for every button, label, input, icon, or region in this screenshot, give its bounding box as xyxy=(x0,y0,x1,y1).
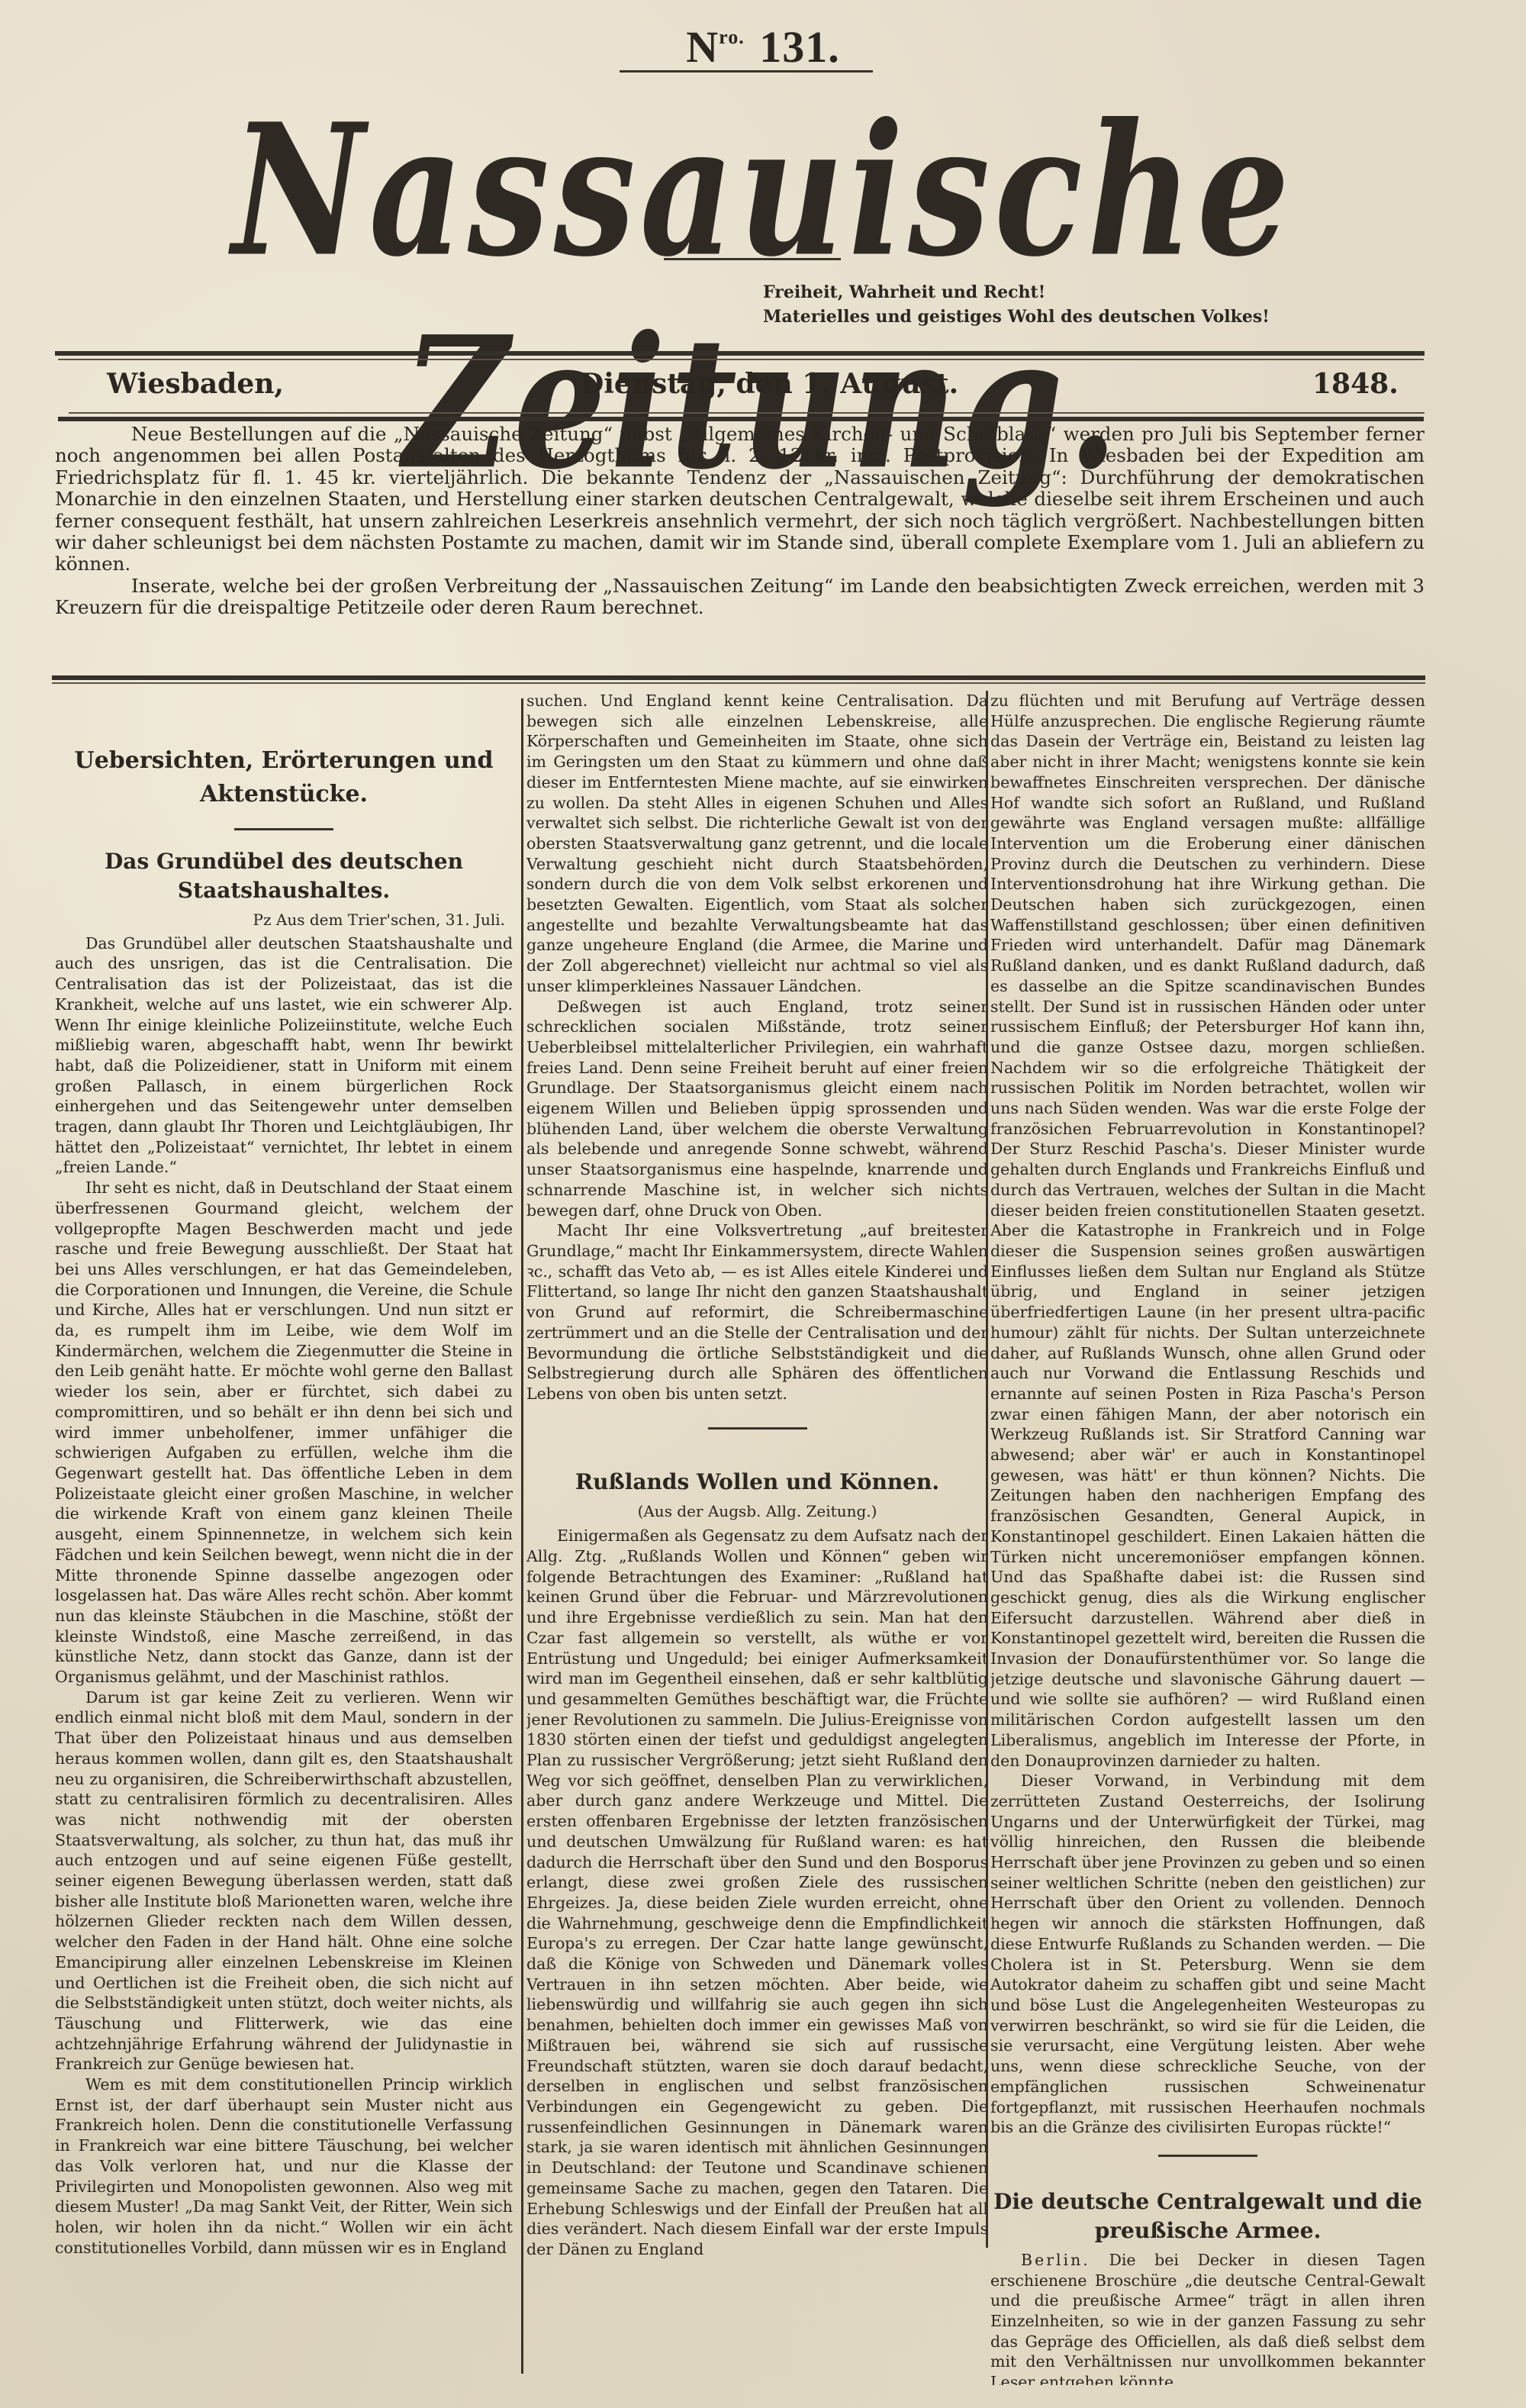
article-paragraph: Deßwegen ist auch England, trotz seiner … xyxy=(526,997,988,1221)
column-divider-1 xyxy=(521,698,523,2374)
issue-prefix: N xyxy=(686,22,719,72)
column-1: Uebersichten, Erörterungen und Aktenstüc… xyxy=(55,691,513,2385)
article-title: Die deutsche Centralgewalt und die preuß… xyxy=(990,2187,1425,2245)
subscription-notice: Neue Bestellungen auf die „Nassauische Z… xyxy=(55,424,1425,619)
masthead-rule-bottom xyxy=(664,258,841,260)
article-paragraph: Darum ist gar keine Zeit zu verlieren. W… xyxy=(55,1688,513,2074)
article-title: Rußlands Wollen und Können. xyxy=(526,1468,988,1497)
notice-paragraph: Neue Bestellungen auf die „Nassauische Z… xyxy=(55,424,1425,575)
masthead-rule-top xyxy=(620,70,873,73)
article-dateline: Berlin. xyxy=(1021,2251,1090,2269)
article-paragraph: Macht Ihr eine Volksvertretung „auf brei… xyxy=(526,1220,988,1404)
article-paragraph: zu flüchten und mit Berufung auf Verträg… xyxy=(990,691,1425,1771)
article-divider xyxy=(1158,2155,1257,2157)
dateline-date: Dienstag, den 1. August. xyxy=(580,368,958,400)
section-heading: Uebersichten, Erörterungen und Aktenstüc… xyxy=(55,744,513,811)
article-source: Pz Aus dem Trier'schen, 31. Juli. xyxy=(55,910,505,930)
article-source: (Aus der Augsb. Allg. Zeitung.) xyxy=(526,1501,988,1522)
article-divider xyxy=(708,1427,807,1430)
newspaper-page: Nro. 131. Nassauische Zeitung. Freiheit,… xyxy=(0,0,1526,2408)
heading-divider xyxy=(234,828,333,830)
motto-line-1: Freiheit, Wahrheit und Recht! xyxy=(763,282,1045,302)
article-paragraph: suchen. Und England kennt keine Centrali… xyxy=(526,691,988,997)
article-body: Die bei Decker in diesen Tagen erschiene… xyxy=(990,2251,1425,2385)
column-3: zu flüchten und mit Berufung auf Verträg… xyxy=(990,691,1425,2385)
notice-paragraph: Inserate, welche bei der großen Verbreit… xyxy=(55,575,1425,619)
section-rule-thin xyxy=(52,682,1425,684)
article-paragraph: Wem es mit dem constitutionellen Princip… xyxy=(55,2074,513,2258)
issue-prefix-sup: ro. xyxy=(719,26,745,48)
dateline-rule-bottom xyxy=(58,417,1424,421)
article-paragraph: Das Grundübel aller deutschen Staatshaus… xyxy=(55,933,513,1178)
dateline-year: 1848. xyxy=(1312,368,1399,400)
motto-line-2: Materielles und geistiges Wohl des deuts… xyxy=(763,307,1270,327)
dateline-rule xyxy=(55,351,1425,356)
article-title: Das Grundübel des deutschen Staatshausha… xyxy=(55,847,513,905)
issue-number-value: 131. xyxy=(759,22,840,72)
article-paragraph: Dieser Vorwand, in Verbindung mit dem ze… xyxy=(990,1771,1425,2138)
article-paragraph: Ihr seht es nicht, daß in Deutschland de… xyxy=(55,1178,513,1688)
dateline-rule-thin-bottom xyxy=(69,412,1425,414)
dateline-place: Wiesbaden, xyxy=(107,368,284,400)
dateline-rule-thin xyxy=(58,359,1424,360)
article-paragraph: Berlin. Die bei Decker in diesen Tagen e… xyxy=(990,2250,1425,2385)
article-paragraph: Einigermaßen als Gegensatz zu dem Aufsat… xyxy=(526,1526,988,2259)
column-2: suchen. Und England kennt keine Centrali… xyxy=(526,691,988,2385)
section-rule xyxy=(52,675,1425,680)
issue-number: Nro. 131. xyxy=(0,21,1526,73)
